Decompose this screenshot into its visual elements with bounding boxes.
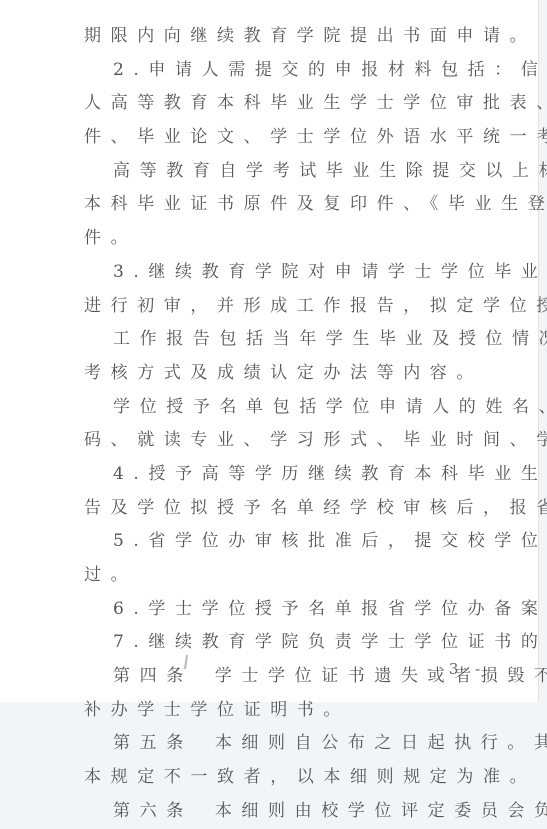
text-line: 件、毕业论文、学士学位外语水平统一考试成绩单。 bbox=[84, 121, 469, 155]
article-4: 第四条学士学位证书遗失或者损毁不予补授，可申请 bbox=[84, 660, 469, 694]
text-line: 本科毕业证书原件及复印件、《毕业生登记表》原件及复印 bbox=[84, 188, 469, 222]
text-line: 2.申请人需提交的申报材料包括：信阳师范学院授予成 bbox=[84, 54, 469, 88]
document-page: 期限内向继续教育学院提出书面申请。 2.申请人需提交的申报材料包括：信阳师范学院… bbox=[0, 0, 539, 702]
text-line: 件。 bbox=[84, 222, 469, 256]
text-line: 考核方式及成绩认定办法等内容。 bbox=[84, 357, 469, 391]
text-line: 期限内向继续教育学院提出书面申请。 bbox=[84, 20, 469, 54]
text-line: 5.省学位办审核批准后，提交校学位评定委员会审议通 bbox=[84, 525, 469, 559]
text-line: 4.授予高等学历继续教育本科毕业生学士学位工作报 bbox=[84, 458, 469, 492]
text-line: 3.继续教育学院对申请学士学位毕业生的资格、材料等 bbox=[84, 256, 469, 290]
text-line: 6.学士学位授予名单报省学位办备案。 bbox=[84, 593, 469, 627]
document-body: 期限内向继续教育学院提出书面申请。 2.申请人需提交的申报材料包括：信阳师范学院… bbox=[84, 20, 469, 702]
text-line: 高等教育自学考试毕业生除提交以上材料外，还需提交 bbox=[84, 155, 469, 189]
text-line: 码、就读专业、学习形式、毕业时间、学位外语考试成绩等。 bbox=[84, 424, 469, 458]
text-line: 人高等教育本科毕业生学士学位审批表、身份证原件及复印 bbox=[84, 87, 469, 121]
article-label: 第四条 bbox=[113, 666, 193, 686]
text-line: 补办学士学位证明书。 bbox=[84, 694, 469, 702]
page-number: - 3 - bbox=[427, 660, 486, 678]
article-text: 学士学位证书遗失或者损毁不予补授，可申请 bbox=[215, 666, 547, 686]
text-line: 7.继续教育学院负责学士学位证书的办理、颁发。 bbox=[84, 626, 469, 660]
text-line: 工作报告包括当年学生毕业及授位情况、学位外语考试 bbox=[84, 323, 469, 357]
text-line: 过。 bbox=[84, 559, 469, 593]
text-line: 告及学位拟授予名单经学校审核后，报省学位办审批。 bbox=[84, 492, 469, 526]
text-line: 进行初审，并形成工作报告，拟定学位授予名单。 bbox=[84, 290, 469, 324]
text-line: 学位授予名单包括学位申请人的姓名、性别、身份证号 bbox=[84, 391, 469, 425]
